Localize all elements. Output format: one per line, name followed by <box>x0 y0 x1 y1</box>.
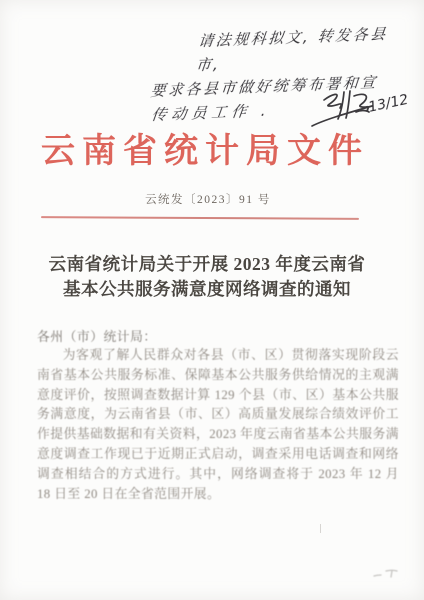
document-title: 云南省统计局关于开展 2023 年度云南省 基本公共服务满意度网络调查的通知 <box>0 252 414 302</box>
scan-artifact-smudge <box>372 567 402 579</box>
body-paragraph: 为客观了解人民群众对各县（市、区）贯彻落实现阶段云南省基本公共服务标准、保障基本… <box>37 346 399 504</box>
letterhead-org-title: 云南省统计局文件 <box>0 123 410 172</box>
document-title-line2: 基本公共服务满意度网络调查的通知 <box>0 277 414 302</box>
document-number: 云统发〔2023〕91 号 <box>0 191 416 207</box>
scanned-document-page: 请法规科拟文, 转发各县市, 要求各县市做好统筹布署和宣 传动员工作 . 13/… <box>0 0 424 600</box>
salutation: 各州（市）统计局： <box>37 326 157 345</box>
red-divider-rule <box>41 216 359 220</box>
scan-artifact-tick <box>320 524 321 533</box>
document-title-line1: 云南省统计局关于开展 2023 年度云南省 <box>0 252 414 277</box>
